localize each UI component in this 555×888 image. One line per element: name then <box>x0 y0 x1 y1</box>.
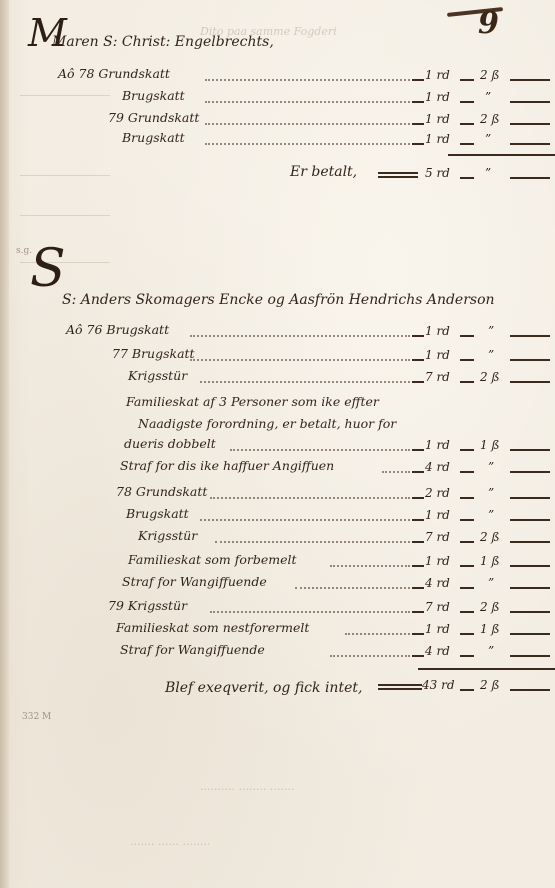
dash <box>412 143 424 145</box>
entry2-item-label: Familieskat af 3 Personer som ike effter <box>126 394 379 409</box>
dash <box>460 655 474 657</box>
dash <box>510 101 550 103</box>
entry1-item-rd: 1 rd <box>425 112 450 126</box>
subtotal-rule <box>448 154 555 156</box>
leader-dots <box>295 586 410 589</box>
bleed-through-text: .......... ........ ....... <box>200 780 294 793</box>
dash <box>510 519 550 521</box>
entry2-total-rd: 43 rd <box>422 678 455 692</box>
dash <box>510 497 550 499</box>
entry2-item-label: 78 Grundskatt <box>116 484 207 499</box>
page-number: 9 <box>478 6 499 41</box>
entry1-item-rd: 1 rd <box>425 90 450 104</box>
initial-flourish-icon: S <box>30 250 66 288</box>
leader-dots <box>210 610 410 613</box>
leader-dots <box>230 448 410 451</box>
entry1-total-rd: 5 rd <box>425 166 450 180</box>
page-binding-edge <box>0 0 9 888</box>
entry1-item-sk: ” <box>485 90 491 104</box>
dash <box>412 519 424 521</box>
entry1-item-label: Brugskatt <box>122 88 185 103</box>
leader-dots <box>205 78 410 81</box>
leader-dots <box>200 518 410 521</box>
entry1-total-label: Er betalt, <box>290 164 357 180</box>
dash <box>510 633 550 635</box>
entry2-item-label: Straf for dis ike haffuer Angiffuen <box>120 458 334 473</box>
leader-dots <box>210 496 410 499</box>
dash <box>460 143 474 145</box>
entry1-item-sk: ” <box>485 132 491 146</box>
dash <box>460 449 474 451</box>
dash <box>412 497 424 499</box>
entry2-item-rd: 7 rd <box>425 600 450 614</box>
dash <box>412 611 424 613</box>
entry2-item-sk: 1 ß <box>480 438 499 452</box>
entry2-item-sk: ” <box>488 576 494 590</box>
dash <box>510 123 550 125</box>
entry2-item-sk: ” <box>488 508 494 522</box>
dash <box>460 611 474 613</box>
entry1-item-rd: 1 rd <box>425 68 450 82</box>
dash <box>510 79 550 81</box>
dash <box>510 541 550 543</box>
dash <box>412 335 424 337</box>
entry2-item-sk: ” <box>488 486 494 500</box>
subtotal-rule <box>418 668 555 670</box>
entry2-item-rd: 4 rd <box>425 576 450 590</box>
dash <box>510 565 550 567</box>
dash <box>460 565 474 567</box>
leader-dots <box>200 380 410 383</box>
ruled-line <box>20 175 110 176</box>
dash <box>510 689 550 691</box>
leader-dots <box>382 470 410 473</box>
entry2-item-rd: 2 rd <box>425 486 450 500</box>
dash <box>510 471 550 473</box>
entry2-item-sk: ” <box>488 324 494 338</box>
dash <box>460 541 474 543</box>
entry2-item-sk: 2 ß <box>480 370 499 384</box>
dash <box>460 79 474 81</box>
dash <box>412 471 424 473</box>
entry2-item-label: Straf for Wangiffuende <box>120 642 265 657</box>
double-rule <box>378 176 418 178</box>
leader-dots <box>215 540 410 543</box>
entry2-item-label: Krigsstür <box>128 368 187 383</box>
dash <box>460 471 474 473</box>
entry2-item-sk: 1 ß <box>480 554 499 568</box>
entry2-item-label: 79 Krigsstür <box>108 598 187 613</box>
entry2-item-sk: ” <box>488 460 494 474</box>
entry2-item-rd: 1 rd <box>425 348 450 362</box>
entry2-total-sk: 2 ß <box>480 678 499 692</box>
entry2-item-label: Familieskat som nestforermelt <box>116 620 309 635</box>
dash <box>412 381 424 383</box>
dash <box>460 519 474 521</box>
ruled-line <box>20 95 110 96</box>
entry1-item-sk: 2 ß <box>480 68 499 82</box>
dash <box>460 335 474 337</box>
entry1-item-rd: 1 rd <box>425 132 450 146</box>
dash <box>510 359 550 361</box>
entry2-item-rd: 7 rd <box>425 530 450 544</box>
dash <box>412 123 424 125</box>
dash <box>510 143 550 145</box>
entry2-item-sk: 2 ß <box>480 600 499 614</box>
dash <box>460 689 474 691</box>
entry2-item-rd: 4 rd <box>425 460 450 474</box>
entry2-item-sk: 1 ß <box>480 622 499 636</box>
dash <box>412 101 424 103</box>
dash <box>510 449 550 451</box>
bleed-through-text: Dito paa samme Fogderi <box>200 25 337 38</box>
leader-dots <box>330 654 410 657</box>
dash <box>412 565 424 567</box>
bleed-through-text: ....... ...... ........ <box>130 835 210 848</box>
entry2-item-label: 77 Brugskatt <box>112 346 195 361</box>
entry2-item-label: Familieskat som forbemelt <box>128 552 297 567</box>
leader-dots <box>330 564 410 567</box>
entry2-item-label: Aô 76 Brugskatt <box>66 322 169 337</box>
entry2-item-rd: 7 rd <box>425 370 450 384</box>
dash <box>412 449 424 451</box>
entry1-item-label: Brugskatt <box>122 130 185 145</box>
double-rule <box>378 688 422 690</box>
entry1-item-sk: 2 ß <box>480 112 499 126</box>
dash <box>510 177 550 179</box>
leader-dots <box>205 142 410 145</box>
entry2-item-label: Krigsstür <box>138 528 197 543</box>
entry2-item-rd: 1 rd <box>425 438 450 452</box>
dash <box>510 655 550 657</box>
entry2-item-rd: 4 rd <box>425 644 450 658</box>
entry2-heading: S: Anders Skomagers Encke og Aasfrön Hen… <box>62 292 495 308</box>
dash <box>510 381 550 383</box>
double-rule <box>378 172 418 174</box>
entry2-item-label: Naadigste forordning, er betalt, huor fo… <box>138 416 396 431</box>
entry2-item-sk: ” <box>488 348 494 362</box>
margin-mark: 332 M <box>22 712 51 722</box>
leader-dots <box>205 100 410 103</box>
dash <box>460 177 474 179</box>
dash <box>412 541 424 543</box>
dash <box>510 587 550 589</box>
dash <box>412 79 424 81</box>
dash <box>510 335 550 337</box>
dash <box>460 381 474 383</box>
dash <box>460 633 474 635</box>
entry2-total-label: Blef exeqverit, og fick intet, <box>165 680 362 696</box>
entry2-item-rd: 1 rd <box>425 508 450 522</box>
dash <box>412 359 424 361</box>
leader-dots <box>345 632 410 635</box>
entry1-total-sk: ” <box>485 166 491 180</box>
entry2-item-rd: 1 rd <box>425 622 450 636</box>
entry2-item-sk: 2 ß <box>480 530 499 544</box>
entry2-item-label: dueris dobbelt <box>124 436 216 451</box>
dash <box>460 123 474 125</box>
dash <box>460 587 474 589</box>
leader-dots <box>190 334 410 337</box>
entry2-item-label: Brugskatt <box>126 506 189 521</box>
dash <box>412 587 424 589</box>
dash <box>460 497 474 499</box>
dash <box>412 655 424 657</box>
entry2-item-label: Straf for Wangiffuende <box>122 574 267 589</box>
leader-dots <box>190 358 410 361</box>
entry2-item-rd: 1 rd <box>425 554 450 568</box>
leader-dots <box>205 122 410 125</box>
dash <box>460 101 474 103</box>
double-rule <box>378 684 422 686</box>
entry1-item-label: 79 Grundskatt <box>108 110 199 125</box>
entry1-item-label: Aô 78 Grundskatt <box>58 66 170 81</box>
dash <box>460 359 474 361</box>
entry2-item-sk: ” <box>488 644 494 658</box>
dash <box>412 633 424 635</box>
entry2-item-rd: 1 rd <box>425 324 450 338</box>
dash <box>510 611 550 613</box>
ruled-line <box>20 215 110 216</box>
